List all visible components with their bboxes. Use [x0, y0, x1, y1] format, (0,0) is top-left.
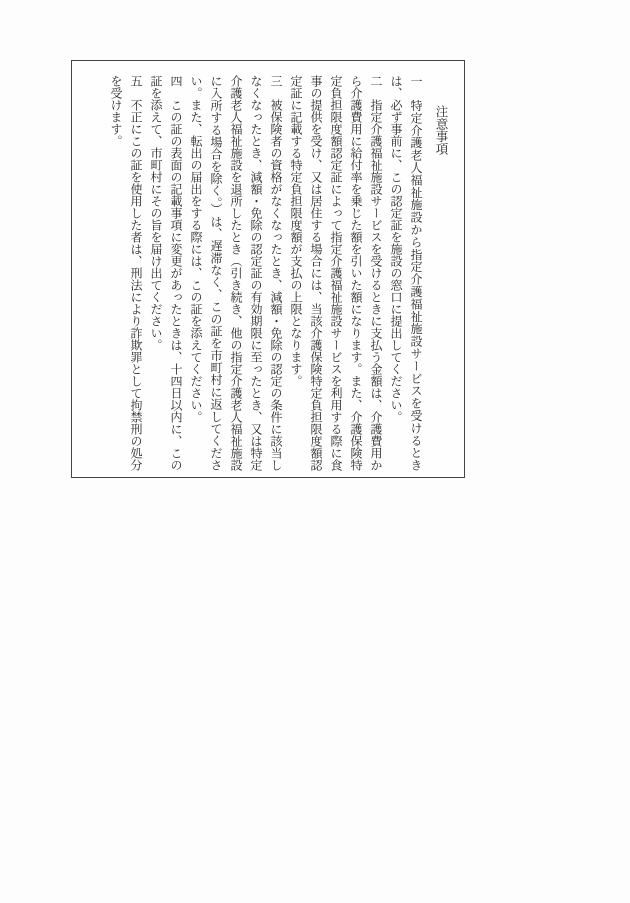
item-text-1: 特定介護老人福祉施設から指定介護福祉施設サービスを受けるときは、必ず事前に、この…: [389, 75, 423, 471]
notice-item-3: 三被保険者の資格がなくなったとき、減額・免除の認定の条件に該当しなくなったとき、…: [186, 75, 286, 471]
notice-item-2: 二指定介護福祉施設サービスを受けるときに支払う金額は、介護費用から介護費用に給付…: [286, 75, 386, 471]
document-page: 注意事項 一特定介護老人福祉施設から指定介護福祉施設サービスを受けるときは、必ず…: [0, 0, 630, 903]
item-number-5: 五: [129, 75, 143, 87]
notice-box: 注意事項 一特定介護老人福祉施設から指定介護福祉施設サービスを受けるときは、必ず…: [71, 60, 465, 478]
item-number-3: 三: [269, 75, 283, 87]
item-text-2: 指定介護福祉施設サービスを受けるときに支払う金額は、介護費用から介護費用に給付率…: [289, 75, 383, 471]
document-title: 注意事項: [431, 75, 451, 471]
item-text-4: この証の表面の記載事項に変更があったときは、十四日以内に、この証を添えて、市町村…: [149, 75, 183, 471]
item-text-5: 不正にこの証を使用した者は、刑法により詐欺罪として拘禁刑の処分を受けます。: [109, 75, 143, 471]
item-number-1: 一: [409, 75, 423, 87]
item-number-4: 四: [169, 75, 183, 87]
item-number-2: 二: [369, 75, 383, 87]
item-text-3: 被保険者の資格がなくなったとき、減額・免除の認定の条件に該当しなくなったとき、減…: [189, 75, 283, 471]
notice-item-4: 四この証の表面の記載事項に変更があったときは、十四日以内に、この証を添えて、市町…: [146, 75, 186, 471]
notice-item-5: 五不正にこの証を使用した者は、刑法により詐欺罪として拘禁刑の処分を受けます。: [106, 75, 146, 471]
notice-item-1: 一特定介護老人福祉施設から指定介護福祉施設サービスを受けるときは、必ず事前に、こ…: [386, 75, 426, 471]
